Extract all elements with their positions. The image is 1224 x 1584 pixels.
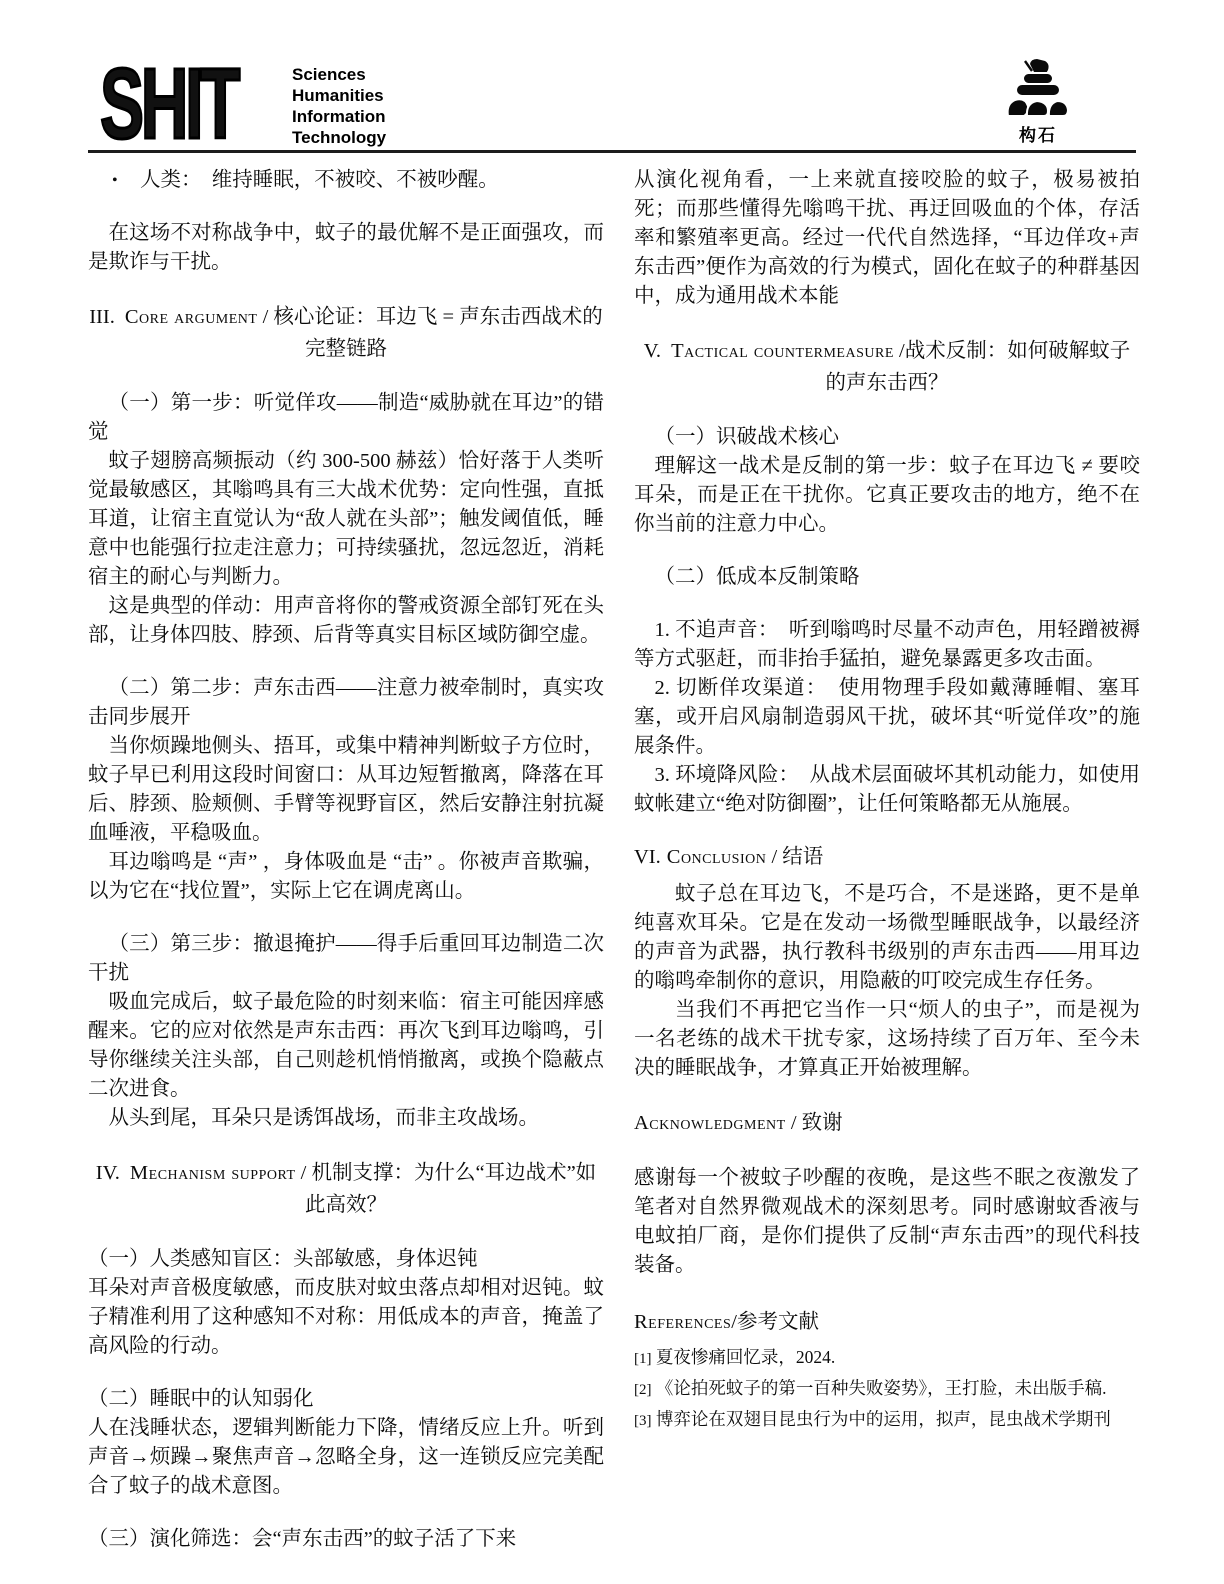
tagline-line: Sciences bbox=[292, 64, 386, 85]
reference-item: [1] 夏夜惨痛回忆录，2024. bbox=[634, 1343, 1140, 1374]
reference-number: [3] bbox=[634, 1413, 652, 1429]
paragraph: 人在浅睡状态，逻辑判断能力下降，情绪反应上升。听到声音→烦躁→聚焦声音→忽略全身… bbox=[88, 1414, 604, 1501]
reference-text: 博弈论在双翅目昆虫行为中的运用，拟声，昆虫战术学期刊 bbox=[656, 1409, 1111, 1429]
numbered-item: 2. 切断佯攻渠道： 使用物理手段如戴薄睡帽、塞耳塞，或开启风扇制造弱风干扰，破… bbox=[634, 674, 1140, 761]
paragraph: 理解这一战术是反制的第一步：蚊子在耳边飞 ≠ 要咬耳朵，而是正在干扰你。它真正要… bbox=[634, 452, 1140, 539]
section-title-zh: / 机制支撑：为什么“耳边战术”如此高效？ bbox=[296, 1162, 597, 1216]
tagline-line: Information bbox=[292, 106, 386, 127]
section-number: V. bbox=[644, 340, 661, 362]
subsection-heading-identify-core: （一）识破战术核心 bbox=[634, 423, 1140, 452]
reference-number: [2] bbox=[634, 1382, 652, 1398]
acknowledgment-paragraph: 感谢每一个被蚊子吵醒的夜晚，是这些不眠之夜激发了笔者对自然界微观战术的深刻思考。… bbox=[634, 1164, 1140, 1280]
publisher-name: 构石 bbox=[1000, 121, 1076, 146]
acknowledgment-heading: Acknowledgment / 致谢 bbox=[634, 1109, 1140, 1138]
section-number: IV. bbox=[96, 1162, 120, 1184]
section-number: VI. bbox=[634, 846, 661, 868]
reference-item: [2] 《论拍死蚊子的第一百种失败姿势》，王打脸，未出版手稿. bbox=[634, 1374, 1140, 1405]
list-item-text: 人类： 维持睡眠，不被咬、不被吵醒。 bbox=[140, 166, 499, 195]
paragraph: 蚊子翅膀高频振动（约 300-500 赫兹）恰好落于人类听觉最敏感区，其嗡鸣具有… bbox=[88, 447, 604, 592]
paragraph: 吸血完成后，蚊子最危险的时刻来临：宿主可能因痒感醒来。它的应对依然是声东击西：再… bbox=[88, 988, 604, 1104]
journal-page: SHIT Sciences Humanities Information Tec… bbox=[0, 0, 1224, 1584]
paragraph: 耳朵对声音极度敏感，而皮肤对蚊虫落点却相对迟钝。蚊子精准利用了这种感知不对称：用… bbox=[88, 1274, 604, 1361]
reference-text: 夏夜惨痛回忆录，2024. bbox=[656, 1347, 835, 1367]
section-title-en: References bbox=[634, 1311, 731, 1333]
section-title-en: Acknowledgment bbox=[634, 1112, 786, 1134]
header-divider bbox=[88, 150, 1136, 153]
paragraph-evolution: 从演化视角看，一上来就直接咬脸的蚊子，极易被拍死；而那些懂得先嗡鸣干扰、再迂回吸… bbox=[634, 166, 1140, 311]
reference-number: [1] bbox=[634, 1351, 652, 1367]
section-title-zh: / 致谢 bbox=[786, 1112, 843, 1134]
numbered-item: 1. 不追声音： 听到嗡鸣时尽量不动声色，用轻蹭被褥等方式驱赶，而非抬手猛拍，避… bbox=[634, 616, 1140, 674]
section-heading-mechanism-support: IV.Mechanism support / 机制支撑：为什么“耳边战术”如此高… bbox=[88, 1157, 604, 1221]
section-title-zh: /参考文献 bbox=[731, 1311, 819, 1333]
journal-tagline: Sciences Humanities Information Technolo… bbox=[292, 64, 386, 148]
subsection-heading-evolution: （三）演化筛选：会“声东击西”的蚊子活了下来 bbox=[88, 1525, 604, 1554]
reference-item: [3] 博弈论在双翅目昆虫行为中的运用，拟声，昆虫战术学期刊 bbox=[634, 1405, 1140, 1436]
subsection-heading-perception: （一）人类感知盲区：头部敏感，身体迟钝 bbox=[88, 1245, 604, 1274]
section-title-zh: / 核心论证：耳边飞 = 声东击西战术的完整链路 bbox=[257, 306, 602, 360]
section-title-en: Mechanism support bbox=[130, 1162, 296, 1184]
intro-paragraph: 在这场不对称战争中，蚊子的最优解不是正面强攻，而是欺诈与干扰。 bbox=[88, 219, 604, 277]
list-item-human-goal: • 人类： 维持睡眠，不被咬、不被吵醒。 bbox=[88, 166, 604, 195]
publisher-mark: 构石 bbox=[1000, 58, 1076, 146]
tagline-line: Humanities bbox=[292, 85, 386, 106]
numbered-item: 3. 环境降风险： 从战术层面破坏其机动能力，如使用蚊帐建立“绝对防御圈”，让任… bbox=[634, 761, 1140, 819]
paragraph: 从头到尾，耳朵只是诱饵战场，而非主攻战场。 bbox=[88, 1104, 604, 1133]
section-heading-conclusion: VI.Conclusion / 结语 bbox=[634, 843, 1140, 872]
paragraph: 耳边嗡鸣是 “声” ，身体吸血是 “击” 。你被声音欺骗，以为它在“找位置”，实… bbox=[88, 848, 604, 906]
tagline-line: Technology bbox=[292, 127, 386, 148]
rock-pile-icon bbox=[1000, 58, 1076, 120]
section-heading-tactical-countermeasure: V.Tactical countermeasure /战术反制：如何破解蚊子的声… bbox=[634, 335, 1140, 399]
section-title-en: Tactical countermeasure bbox=[671, 340, 894, 362]
section-title-en: Core argument bbox=[125, 306, 258, 328]
subsection-heading-strategies: （二）低成本反制策略 bbox=[634, 563, 1140, 592]
subsection-heading-cognition: （二）睡眠中的认知弱化 bbox=[88, 1385, 604, 1414]
left-column: • 人类： 维持睡眠，不被咬、不被吵醒。 在这场不对称战争中，蚊子的最优解不是正… bbox=[88, 166, 604, 1554]
section-number: III. bbox=[89, 306, 115, 328]
section-title-zh: / 结语 bbox=[766, 846, 823, 868]
article-body: • 人类： 维持睡眠，不被咬、不被吵醒。 在这场不对称战争中，蚊子的最优解不是正… bbox=[88, 166, 1140, 1554]
paragraph: 这是典型的佯动：用声音将你的警戒资源全部钉死在头部，让身体四肢、脖颈、后背等真实… bbox=[88, 592, 604, 650]
subsection-heading-step3: （三）第三步：撤退掩护——得手后重回耳边制造二次干扰 bbox=[88, 930, 604, 988]
subsection-heading-step1: （一）第一步：听觉佯攻——制造“威胁就在耳边”的错觉 bbox=[88, 389, 604, 447]
section-heading-core-argument: III.Core argument / 核心论证：耳边飞 = 声东击西战术的完整… bbox=[88, 301, 604, 365]
reference-text: 《论拍死蚊子的第一百种失败姿势》，王打脸，未出版手稿. bbox=[656, 1378, 1107, 1398]
references-heading: References/参考文献 bbox=[634, 1308, 1140, 1337]
section-title-en: Conclusion bbox=[667, 846, 767, 868]
right-column: 从演化视角看，一上来就直接咬脸的蚊子，极易被拍死；而那些懂得先嗡鸣干扰、再迂回吸… bbox=[634, 166, 1140, 1554]
paragraph: 当我们不再把它当作一只“烦人的虫子”，而是视为一名老练的战术干扰专家，这场持续了… bbox=[634, 996, 1140, 1083]
paragraph: 当你烦躁地侧头、捂耳，或集中精神判断蚊子方位时，蚊子早已利用这段时间窗口：从耳边… bbox=[88, 732, 604, 848]
subsection-heading-step2: （二）第二步：声东击西——注意力被牵制时，真实攻击同步展开 bbox=[88, 674, 604, 732]
paragraph: 蚊子总在耳边飞，不是巧合，不是迷路，更不是单纯喜欢耳朵。它是在发动一场微型睡眠战… bbox=[634, 880, 1140, 996]
journal-logo: SHIT bbox=[100, 54, 237, 154]
bullet-icon: • bbox=[112, 166, 140, 195]
